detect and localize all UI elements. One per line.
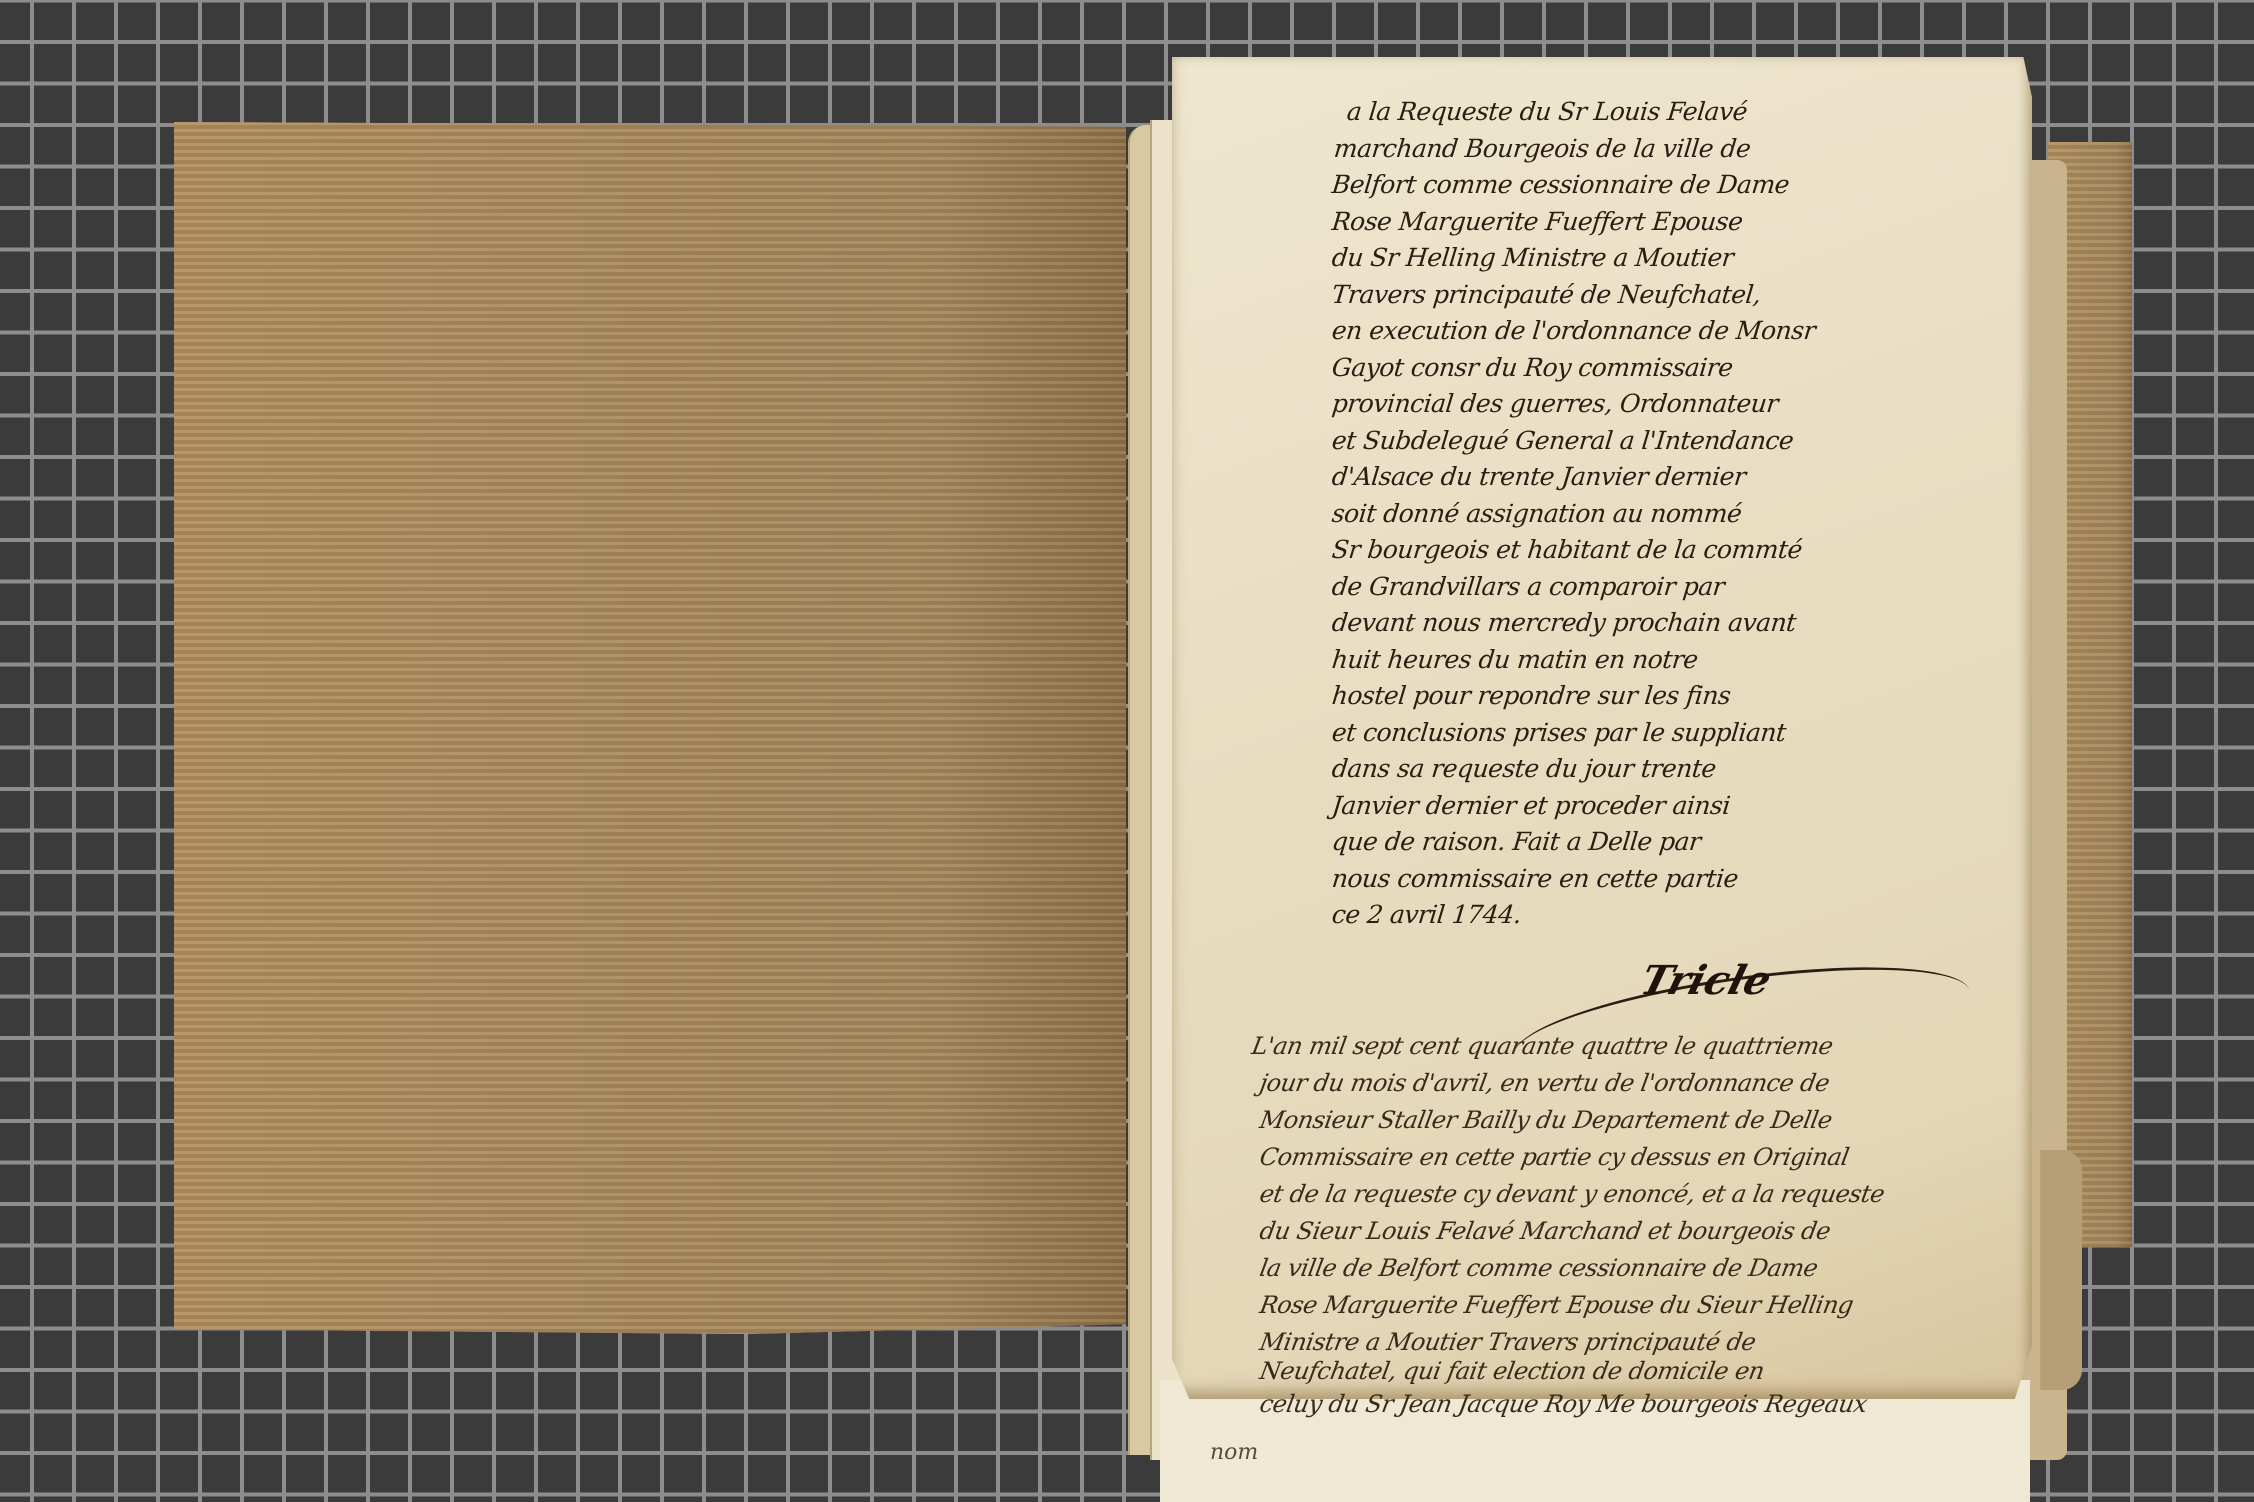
kraft-paper-left-page [174,122,1126,1334]
manuscript-page-overlay [1172,57,2032,1399]
page-stack-torn-edge [2040,1150,2082,1390]
underlying-page-text: nom [1210,1440,1258,1465]
